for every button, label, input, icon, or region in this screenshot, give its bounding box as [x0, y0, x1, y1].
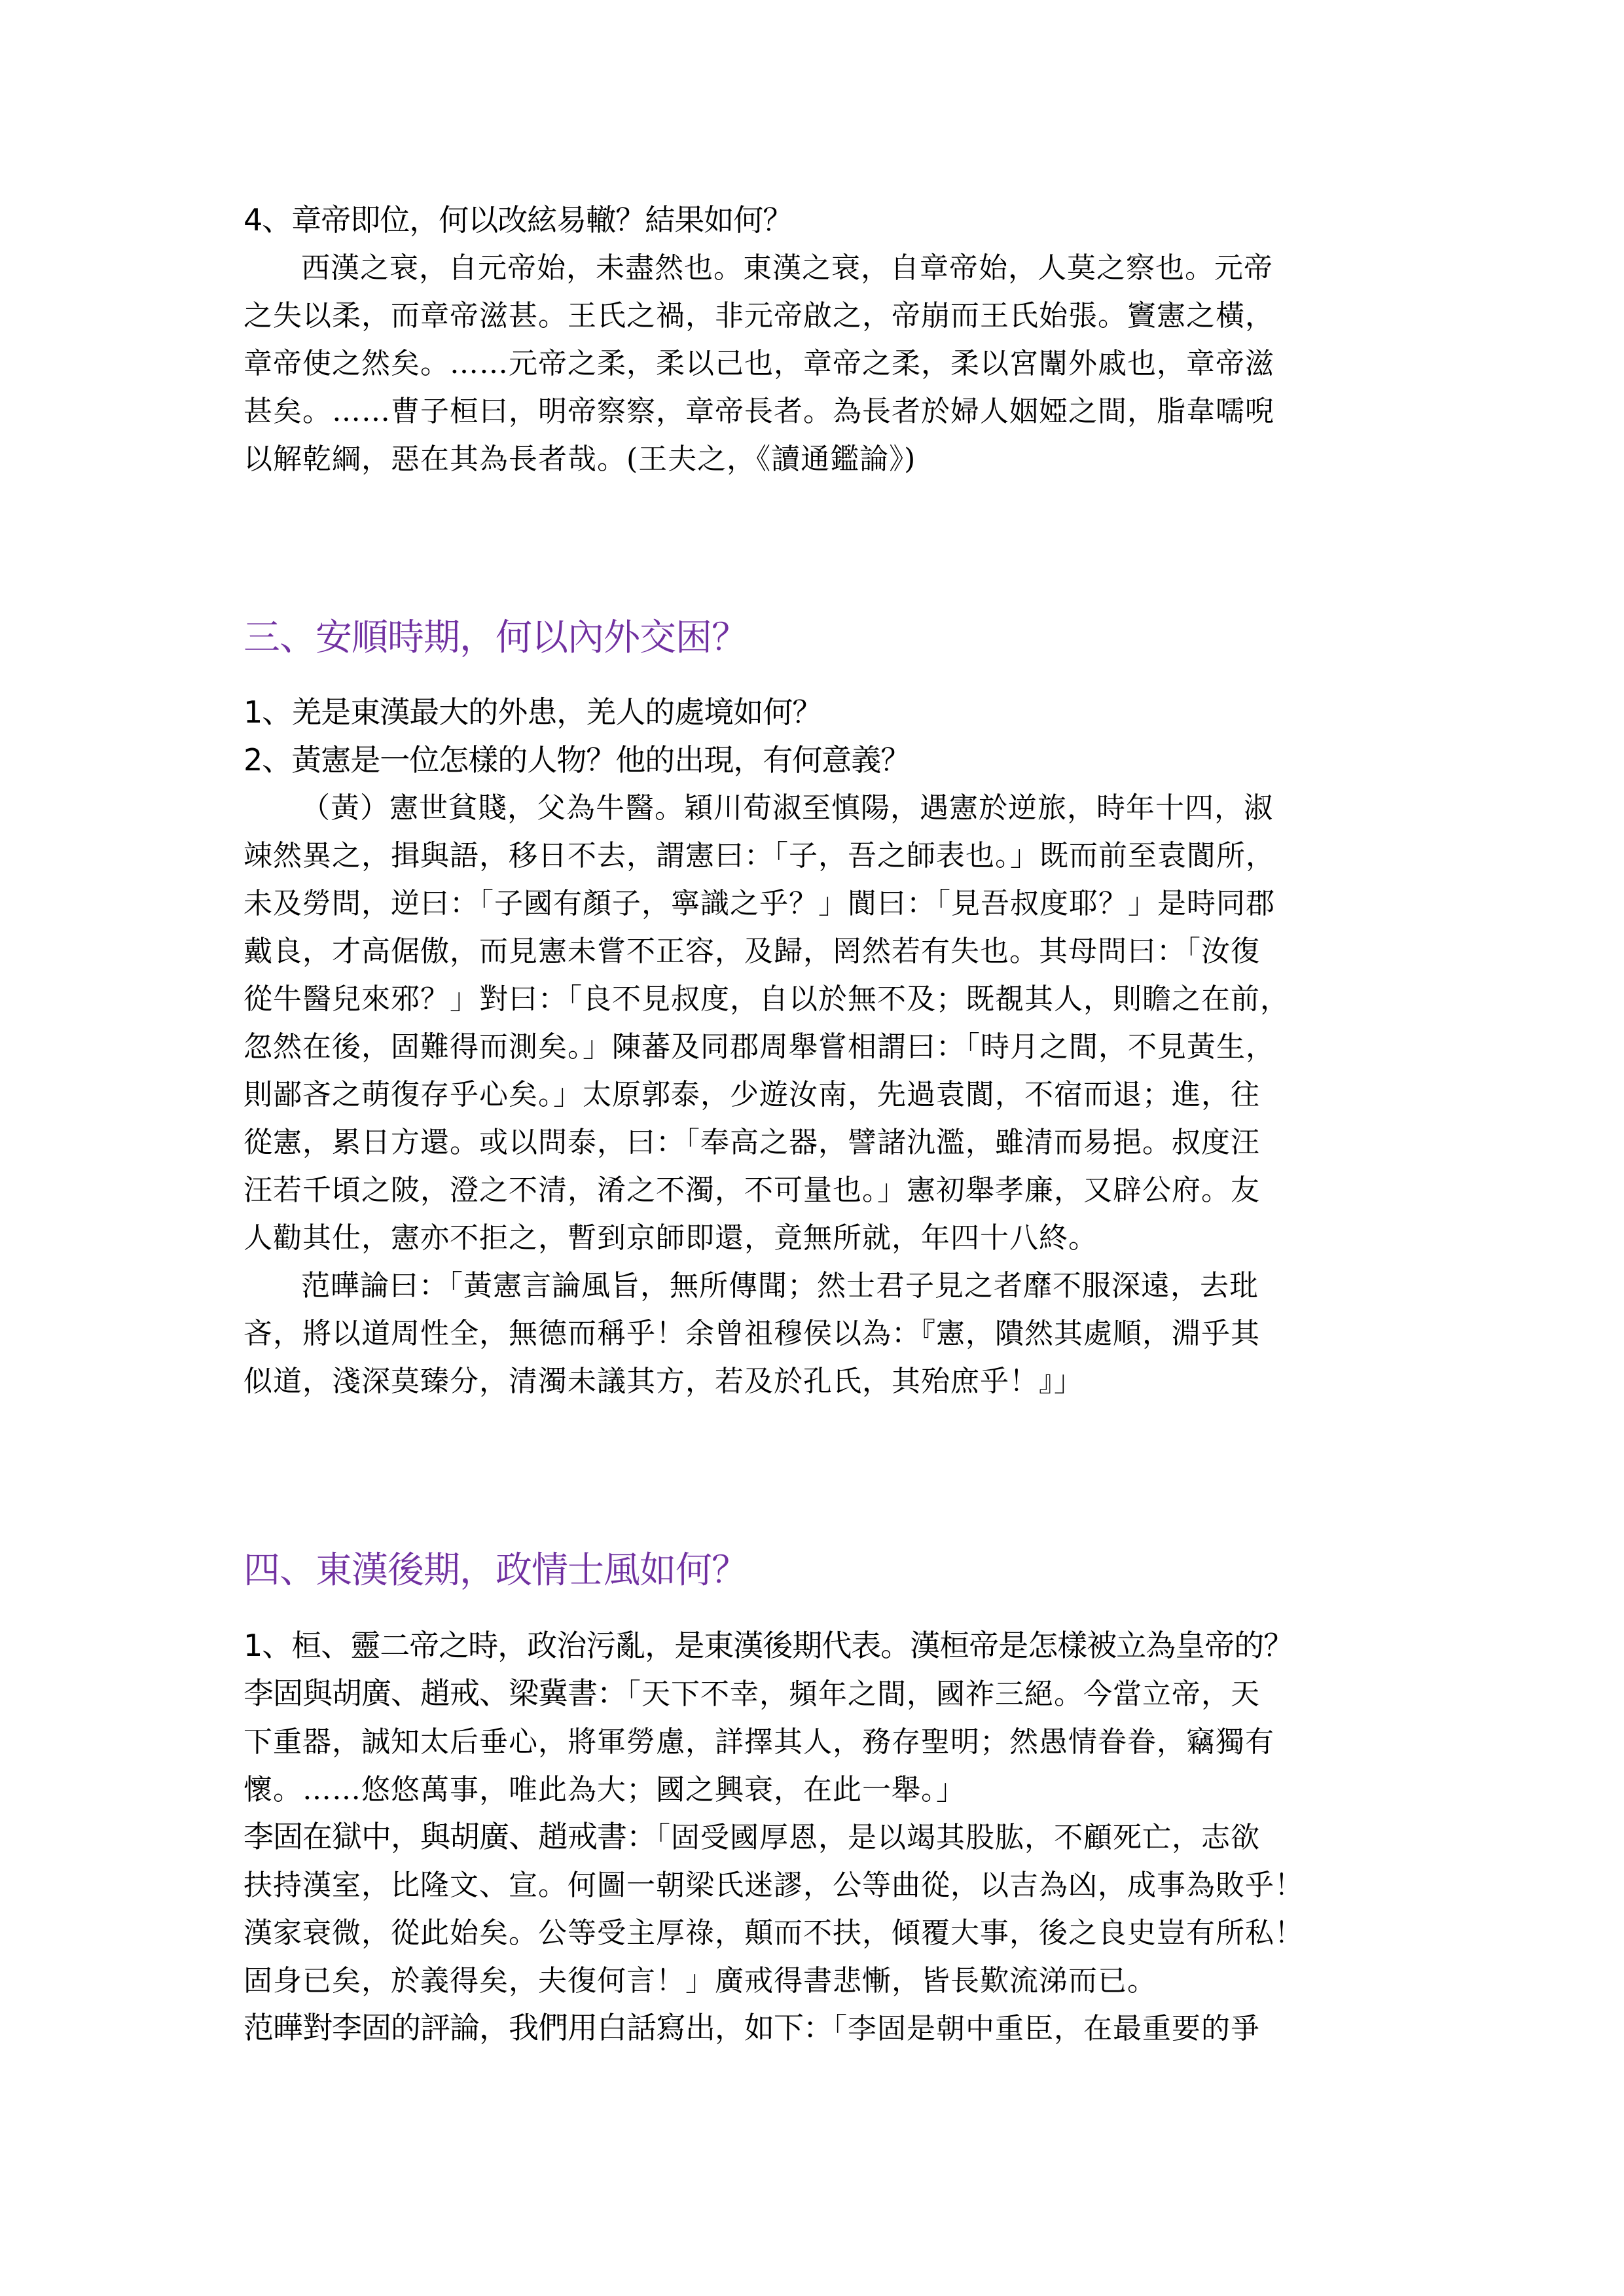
letter-line: 漢家衰微，從此始矣。公等受主厚祿，顛而不扶，傾覆大事，後之良史豈有所私！ — [244, 1909, 1386, 1957]
section-3-question-1: 1、羌是東漢最大的外患，羌人的處境如何？ — [244, 689, 821, 736]
quote-line: 竦然異之，揖與語，移日不去，謂憲曰：「子，吾之師表也。」既而前至袁閬所， — [244, 832, 1386, 880]
letter-intro: 李固在獄中，與胡廣、趙戒書： — [244, 1819, 656, 1854]
section-heading-4: 四、東漢後期，政情士風如何？ — [244, 1545, 748, 1597]
section-heading-3: 三、安順時期，何以內外交困？ — [244, 612, 748, 664]
quote-line: 汪若千頃之陂，澄之不清，淆之不濁，不可量也。」憲初舉孝廉，又辟公府。友 — [244, 1166, 1386, 1214]
quote-line: 甚矣。……曹子桓曰，明帝察察，章帝長者。為長者於婦人姻婭之間，脂韋嚅唲 — [244, 387, 1386, 435]
quote-line: 則鄙吝之萌復存乎心矣。」太原郭泰，少遊汝南，先過袁閬，不宿而退；進，往 — [244, 1071, 1386, 1119]
letter-line: 下重器，誠知太后垂心，將軍勞慮，詳擇其人，務存聖明；然愚情眷眷，竊獨有 — [244, 1718, 1386, 1766]
li-gu-letter-2: 李固在獄中，與胡廣、趙戒書：「固受國厚恩，是以竭其股肱，不顧死亡，志欲 扶持漢室… — [244, 1813, 1386, 2005]
huang-xian-biography-quote: （黃）憲世貧賤，父為牛醫。穎川荀淑至慎陽，遇憲於逆旅，時年十四，淑 竦然異之，揖… — [244, 784, 1386, 1262]
letter-line: 李固與胡廣、趙戒、梁冀書：「天下不幸，頻年之間，國祚三絕。今當立帝，天 — [244, 1670, 1386, 1718]
letter-text: 「固受國厚恩，是以竭其股肱，不顧死亡，志欲 — [656, 1821, 1260, 1854]
quote-line: 從牛醫兒來邪？」對曰：「良不見叔度，自以於無不及；既覩其人，則瞻之在前， — [244, 975, 1386, 1023]
letter-intro: 李固與胡廣、趙戒、梁冀書： — [244, 1676, 626, 1711]
comment-text: 「李固是朝中重臣，在最重要的爭 — [833, 2012, 1260, 2045]
fan-ye-commentary-quote: 范曄論曰：「黃憲言論風旨，無所傳聞；然士君子見之者靡不服深遠，去玭 吝，將以道周… — [244, 1262, 1386, 1405]
section-4-question-1: 1、桓、靈二帝之時，政治污亂，是東漢後期代表。漢桓帝是怎樣被立為皇帝的？ — [244, 1622, 1293, 1670]
quote-line: 未及勞問，逆曰：「子國有顏子，寧識之乎？」閬曰：「見吾叔度耶？」是時同郡 — [244, 880, 1386, 927]
quote-line: 似道，淺深莫臻分，清濁未議其方，若及於孔氏，其殆庶乎！』」 — [244, 1357, 1386, 1405]
letter-line: 懷。……悠悠萬事，唯此為大；國之興衰，在此一舉。」 — [244, 1766, 1386, 1814]
letter-line: 扶持漢室，比隆文、宣。何圖一朝梁氏迷謬，公等曲從，以吉為凶，成事為敗乎！ — [244, 1861, 1386, 1909]
comment-intro: 范曄對李固的評論，我們用白話寫出，如下： — [244, 2010, 833, 2045]
letter-line: 固身已矣，於義得矣，夫復何言！」廣戒得書悲慚，皆長歎流涕而已。 — [244, 1957, 1386, 2005]
quote-line: 以解乾綱，惡在其為長者哉。(王夫之，《讀通鑑論》) — [244, 435, 1386, 483]
question-4: 4、章帝即位，何以改絃易轍？結果如何？ — [244, 196, 792, 244]
quote-line: 戴良，才高倨傲，而見憲未嘗不正容，及歸，罔然若有失也。其母問曰：「汝復 — [244, 927, 1386, 975]
quote-line: 從憲，累日方還。或以問泰，曰：「奉高之器，譬諸氿濫，雖清而易挹。叔度汪 — [244, 1119, 1386, 1166]
wang-fuzhi-quote: 西漢之衰，自元帝始，未盡然也。東漢之衰，自章帝始，人莫之察也。元帝 之失以柔，而… — [244, 244, 1386, 483]
letter-line: 李固在獄中，與胡廣、趙戒書：「固受國厚恩，是以竭其股肱，不顧死亡，志欲 — [244, 1813, 1386, 1861]
quote-line: 范曄論曰：「黃憲言論風旨，無所傳聞；然士君子見之者靡不服深遠，去玭 — [244, 1262, 1386, 1310]
quote-line: 西漢之衰，自元帝始，未盡然也。東漢之衰，自章帝始，人莫之察也。元帝 — [244, 244, 1386, 292]
quote-line: 之失以柔，而章帝滋甚。王氏之禍，非元帝啟之，帝崩而王氏始張。竇憲之橫， — [244, 292, 1386, 340]
quote-line: 吝，將以道周性全，無德而稱乎！余曾祖穆侯以為：『憲，隤然其處順，淵乎其 — [244, 1310, 1386, 1357]
quote-line: （黃）憲世貧賤，父為牛醫。穎川荀淑至慎陽，遇憲於逆旅，時年十四，淑 — [244, 784, 1386, 832]
fan-ye-comment-on-li-gu: 范曄對李固的評論，我們用白話寫出，如下：「李固是朝中重臣，在最重要的爭 — [244, 2004, 1386, 2053]
section-3-question-2: 2、黃憲是一位怎樣的人物？他的出現，有何意義？ — [244, 736, 910, 784]
quote-line: 人勸其仕，憲亦不拒之，暫到京師即還，竟無所就，年四十八終。 — [244, 1214, 1386, 1262]
comment-line: 范曄對李固的評論，我們用白話寫出，如下：「李固是朝中重臣，在最重要的爭 — [244, 2004, 1386, 2053]
quote-line: 忽然在後，固難得而測矣。」陳蕃及同郡周舉嘗相謂曰：「時月之間，不見黃生， — [244, 1023, 1386, 1071]
li-gu-letter-1: 李固與胡廣、趙戒、梁冀書：「天下不幸，頻年之間，國祚三絕。今當立帝，天 下重器，… — [244, 1670, 1386, 1814]
quote-line: 章帝使之然矣。……元帝之柔，柔以己也，章帝之柔，柔以宮闈外戚也，章帝滋 — [244, 340, 1386, 387]
letter-text: 「天下不幸，頻年之間，國祚三絕。今當立帝，天 — [626, 1677, 1260, 1711]
